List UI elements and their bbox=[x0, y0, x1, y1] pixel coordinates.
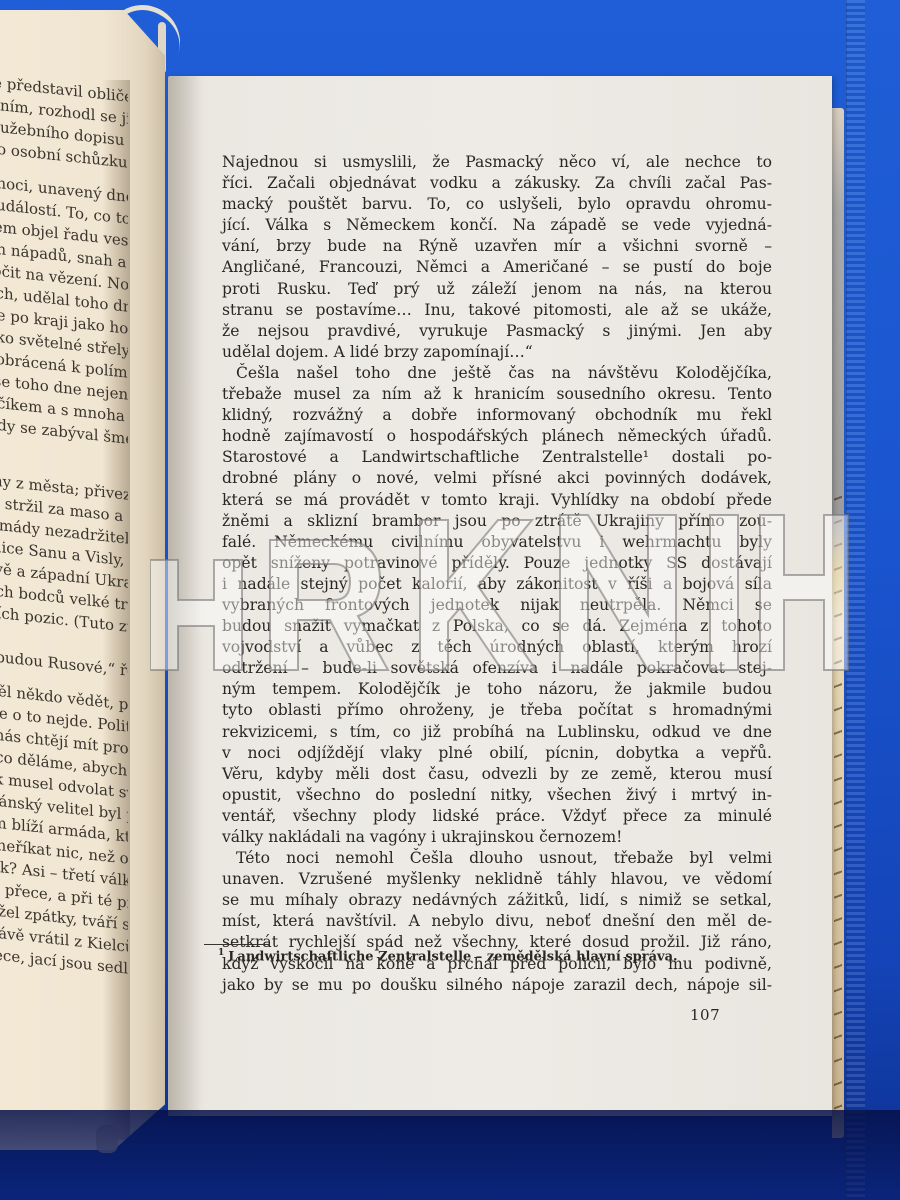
table-shadow bbox=[0, 1110, 900, 1200]
text-line: proti Rusku. Teď prý už záleží jenom na … bbox=[222, 279, 772, 300]
footnote-marker: 1 bbox=[218, 948, 224, 958]
text-line: falé. Německému civilnímu obyvatelstvu i… bbox=[222, 532, 772, 553]
background-fabric-seam bbox=[846, 0, 865, 1200]
text-line: Věru, kdyby měli dost času, odvezli by z… bbox=[222, 764, 772, 785]
text-line: v noci odjíždějí vlaky plné obilí, pícni… bbox=[222, 743, 772, 764]
text-line: tyto oblasti přímo ohroženy, je třeba po… bbox=[222, 700, 772, 721]
text-line: války nakládali na vagóny i ukrajinskou … bbox=[222, 827, 772, 848]
text-line: odtržení – bude-li sovětská ofenzíva i n… bbox=[222, 658, 772, 679]
text-line: míst, která navštívil. A nebylo divu, ne… bbox=[222, 911, 772, 932]
text-line: macký pouštět barvu. To, co uslyšeli, by… bbox=[222, 194, 772, 215]
text-line: ventář, všechny plody lidské práce. Vždy… bbox=[222, 806, 772, 827]
text-line: hodně zajímavostí o hospodářských plánec… bbox=[222, 426, 772, 447]
text-line: žněmi a sklizní brambor jsou po ztrátě U… bbox=[222, 511, 772, 532]
text-line: jako by se mu po doušku silného nápoje z… bbox=[222, 975, 772, 996]
text-line: Najednou si usmyslili, že Pasmacký něco … bbox=[222, 152, 772, 173]
text-line: Češla našel toho dne ještě čas na návště… bbox=[222, 363, 772, 384]
text-line: opustit, všechno do poslední nitky, všec… bbox=[222, 785, 772, 806]
text-line: ným tempem. Kolodějčík je toho názoru, ž… bbox=[222, 679, 772, 700]
text-line: vání, brzy bude na Rýně uzavřen mír a vš… bbox=[222, 236, 772, 257]
footnote-divider bbox=[204, 944, 270, 945]
right-page: Najednou si usmyslili, že Pasmacký něco … bbox=[168, 76, 832, 1116]
text-line: opět sníženy potravinové příděly. Pouze … bbox=[222, 553, 772, 574]
text-line: drobné plány o nové, velmi přísné akci p… bbox=[222, 468, 772, 489]
text-line: unaven. Vzrušené myšlenky neklidně táhly… bbox=[222, 869, 772, 890]
text-line: Této noci nemohl Češla dlouho usnout, tř… bbox=[222, 848, 772, 869]
text-line: i nadále stejný počet kalorií, aby zákon… bbox=[222, 574, 772, 595]
text-line: třebaže musel za ním až k hranicím souse… bbox=[222, 384, 772, 405]
text-line: Starostové a Landwirtschaftliche Zentral… bbox=[222, 447, 772, 468]
text-line: Angličané, Francouzi, Němci a Američané … bbox=[222, 257, 772, 278]
text-line: budou snažit vymačkat z Polska, co se dá… bbox=[222, 616, 772, 637]
text-line: rekvizicemi, s tím, co již probíhá na Lu… bbox=[222, 722, 772, 743]
text-line: jící. Válka s Německem končí. Na západě … bbox=[222, 215, 772, 236]
page-number: 107 bbox=[690, 1006, 720, 1024]
footnote: 1Landwirtschaftliche Zentralstelle – zem… bbox=[218, 948, 678, 964]
text-line: se mu míhaly obrazy nedávných zážitků, l… bbox=[222, 890, 772, 911]
text-line: stranu se postavíme… Inu, takové pitomos… bbox=[222, 300, 772, 321]
text-line: která se má provádět v tomto kraji. Vyhl… bbox=[222, 490, 772, 511]
text-line: udělal dojem. A lidé brzy zapomínají…“ bbox=[222, 342, 772, 363]
right-page-text: Najednou si usmyslili, že Pasmacký něco … bbox=[222, 152, 772, 996]
text-line: říci. Začali objednávat vodku a zákusky.… bbox=[222, 173, 772, 194]
left-page: náhle představil obličeje velitelůhlášen… bbox=[0, 10, 165, 1150]
text-line: že nejsou pravdivé, vyrukuje Pasmacký s … bbox=[222, 321, 772, 342]
left-page-text: náhle představil obličeje velitelůhlášen… bbox=[0, 68, 130, 962]
book-cover-edge bbox=[832, 108, 844, 1138]
text-line: klidný, rozvážný a dobře informovaný obc… bbox=[222, 405, 772, 426]
text-line: vybraných frontových jednotek nijak neut… bbox=[222, 595, 772, 616]
text-line: vojvodství a vůbec z těch úrodných oblas… bbox=[222, 637, 772, 658]
footnote-text: Landwirtschaftliche Zentralstelle – země… bbox=[228, 949, 677, 964]
